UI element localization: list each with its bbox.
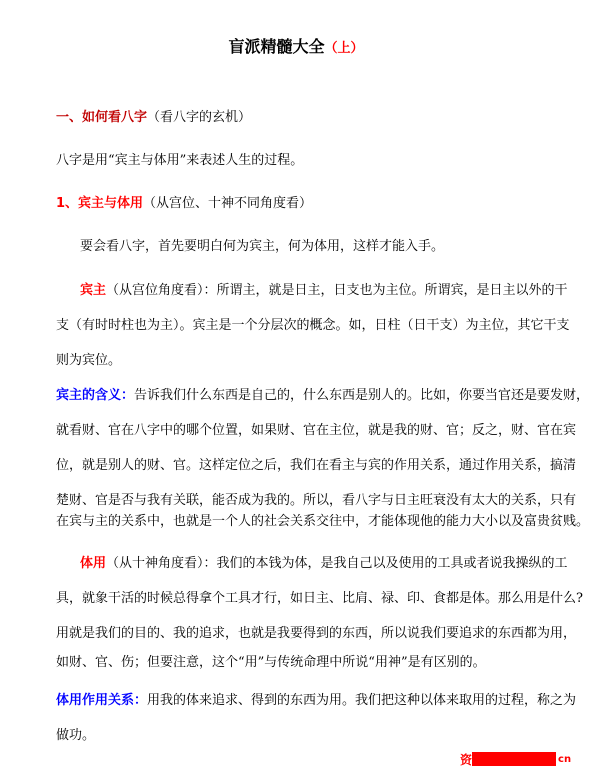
tiyong-label: 体用 <box>80 556 106 571</box>
binzhu-line-1: 宾主（从宫位角度看）：所谓主，就是日主，日支也为主位。所谓宾，是日主以外的干 <box>80 283 568 299</box>
binzhu-meaning-line-4: 楚财、官是否与我有关联，能否成为我的。所以，看八字与日主旺衰没有太大的关系，只有 <box>56 493 576 509</box>
intro-text: 八字是用“宾主与体用”来表述人生的过程。 <box>56 153 303 169</box>
subsection-heading-1: 1、宾主与体用（从宫位、十神不同角度看） <box>56 196 312 212</box>
watermark-redaction-bar <box>472 752 556 766</box>
page-title: 盲派精髓大全（上） <box>0 34 592 57</box>
tiyong-line-1: 体用（从十神角度看）：我们的本钱为体，是我自己以及使用的工具或者说我操纵的工 <box>80 556 568 572</box>
binzhu-line-2: 支（有时时柱也为主）。宾主是一个分层次的概念。如，日柱（日干支）为主位，其它干支 <box>56 318 570 334</box>
tiyong-relation-line-2: 做功。 <box>56 728 95 744</box>
section-heading-label: 一、如何看八字 <box>56 110 147 125</box>
tiyong-line-4: 如财、官、伤；但要注意，这个“用”与传统命理中所说“用神”是有区别的。 <box>56 655 486 671</box>
title-main: 盲派精髓大全 <box>228 37 324 56</box>
binzhu-meaning-line-3: 位，就是别人的财、官。这样定位之后，我们在看主与宾的作用关系，通过作用关系，搞清 <box>56 458 576 474</box>
tiyong-line-2: 具，就象干活的时候总得拿个工具才行，如日主、比肩、禄、印、食都是体。那么用是什么… <box>56 591 583 607</box>
binzhu-meaning-line-2: 就看财、官在八字中的哪个位置，如果财、官在主位，就是我的财、官；反之，财、官在宾 <box>56 423 576 439</box>
binzhu-meaning-line-5: 在宾与主的关系中，也就是一个人的社会关系交往中，才能体现他的能力大小以及富贵贫贱… <box>56 514 589 530</box>
tiyong-line-3: 用就是我们的目的、我的追求，也就是我要得到的东西，所以说我们要追求的东西都为用， <box>56 626 576 642</box>
document-page: 盲派精髓大全（上） 一、如何看八字（看八字的玄机） 八字是用“宾主与体用”来表述… <box>0 0 592 783</box>
binzhu-label: 宾主 <box>80 283 106 298</box>
binzhu-meaning-label: 宾主的含义： <box>56 388 134 403</box>
section-heading-1: 一、如何看八字（看八字的玄机） <box>56 110 251 126</box>
tiyong-relation-label: 体用作用关系： <box>56 693 147 708</box>
watermark: 资 cn <box>460 752 571 766</box>
binzhu-line-3: 则为宾位。 <box>56 353 121 369</box>
binzhu-meaning-line-1: 宾主的含义：告诉我们什么东西是自己的，什么东西是别人的。比如，你要当官还是要发财… <box>56 388 589 404</box>
title-suffix: （上） <box>325 41 364 56</box>
subsection-heading-subtitle: （从宫位、十神不同角度看） <box>143 196 312 211</box>
subsection-heading-label: 1、宾主与体用 <box>56 196 143 211</box>
tiyong-relation-line-1: 体用作用关系：用我的体来追求、得到的东西为用。我们把这种以体来取用的过程，称之为 <box>56 693 576 709</box>
watermark-lead-char: 资 <box>460 751 472 768</box>
section-heading-subtitle: （看八字的玄机） <box>147 110 251 125</box>
lead-text: 要会看八字，首先要明白何为宾主，何为体用，这样才能入手。 <box>80 239 444 255</box>
watermark-tail: cn <box>558 754 571 765</box>
